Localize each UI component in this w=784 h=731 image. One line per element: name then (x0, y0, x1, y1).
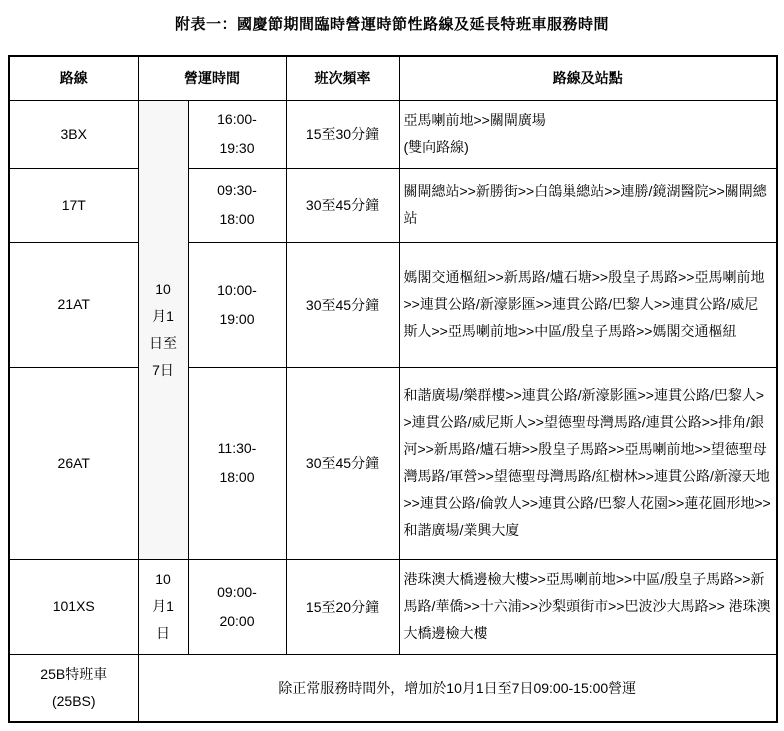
time-cell: 09:00- 20:00 (188, 559, 286, 654)
page: 附表一：國慶節期間臨時營運時節性路線及延長特班車服務時間 路線 營運時間 班次頻… (0, 0, 784, 731)
time-cell: 11:30- 18:00 (188, 367, 286, 559)
frequency-cell: 15至20分鐘 (286, 559, 399, 654)
time-cell: 09:30- 18:00 (188, 168, 286, 242)
col-header-frequency: 班次頻率 (286, 56, 399, 100)
schedule-table: 路線 營運時間 班次頻率 路線及站點 3BX 10 月1 日至 7日 16:00… (8, 55, 778, 723)
table-title: 附表一：國慶節期間臨時營運時節性路線及延長特班車服務時間 (0, 0, 784, 34)
route-code-cell: 101XS (9, 559, 138, 654)
row-21at: 21AT 10:00- 19:00 30至45分鐘 媽閣交通樞紐>>新馬路/爐石… (9, 242, 777, 367)
row-25bs: 25B特班車 (25BS) 除正常服務時間外，增加於10月1日至7日09:00-… (9, 654, 777, 722)
frequency-cell: 30至45分鐘 (286, 242, 399, 367)
route-code-cell: 17T (9, 168, 138, 242)
route-code-cell: 21AT (9, 242, 138, 367)
row-101xs: 101XS 10 月1 日 09:00- 20:00 15至20分鐘 港珠澳大橋… (9, 559, 777, 654)
stops-cell: 關閘總站>>新勝街>>白鴿巢總站>>連勝/鏡湖醫院>>關閘總站 (399, 168, 777, 242)
frequency-cell: 15至30分鐘 (286, 100, 399, 168)
row-26at: 26AT 11:30- 18:00 30至45分鐘 和諧廣場/樂群樓>>連貫公路… (9, 367, 777, 559)
date-cell: 10 月1 日 (138, 559, 188, 654)
time-cell: 10:00- 19:00 (188, 242, 286, 367)
footer-note-cell: 除正常服務時間外，增加於10月1日至7日09:00-15:00營運 (138, 654, 777, 722)
row-3bx: 3BX 10 月1 日至 7日 16:00- 19:30 15至30分鐘 亞馬喇… (9, 100, 777, 168)
col-header-hours: 營運時間 (138, 56, 286, 100)
stops-cell: 亞馬喇前地>>關閘廣場 (雙向路線) (399, 100, 777, 168)
frequency-cell: 30至45分鐘 (286, 168, 399, 242)
route-code-cell: 25B特班車 (25BS) (9, 654, 138, 722)
row-17t: 17T 09:30- 18:00 30至45分鐘 關閘總站>>新勝街>>白鴿巢總… (9, 168, 777, 242)
shared-date-cell: 10 月1 日至 7日 (138, 100, 188, 559)
stops-cell: 港珠澳大橋邊檢大樓>>亞馬喇前地>>中區/殷皇子馬路>>新馬路/華僑>>十六浦>… (399, 559, 777, 654)
frequency-cell: 30至45分鐘 (286, 367, 399, 559)
stops-cell: 和諧廣場/樂群樓>>連貫公路/新濠影匯>>連貫公路/巴黎人>>連貫公路/威尼斯人… (399, 367, 777, 559)
route-code-cell: 26AT (9, 367, 138, 559)
col-header-route: 路線 (9, 56, 138, 100)
route-code-cell: 3BX (9, 100, 138, 168)
header-row: 路線 營運時間 班次頻率 路線及站點 (9, 56, 777, 100)
time-cell: 16:00- 19:30 (188, 100, 286, 168)
stops-cell: 媽閣交通樞紐>>新馬路/爐石塘>>殷皇子馬路>>亞馬喇前地>>連貫公路/新濠影匯… (399, 242, 777, 367)
col-header-stops: 路線及站點 (399, 56, 777, 100)
